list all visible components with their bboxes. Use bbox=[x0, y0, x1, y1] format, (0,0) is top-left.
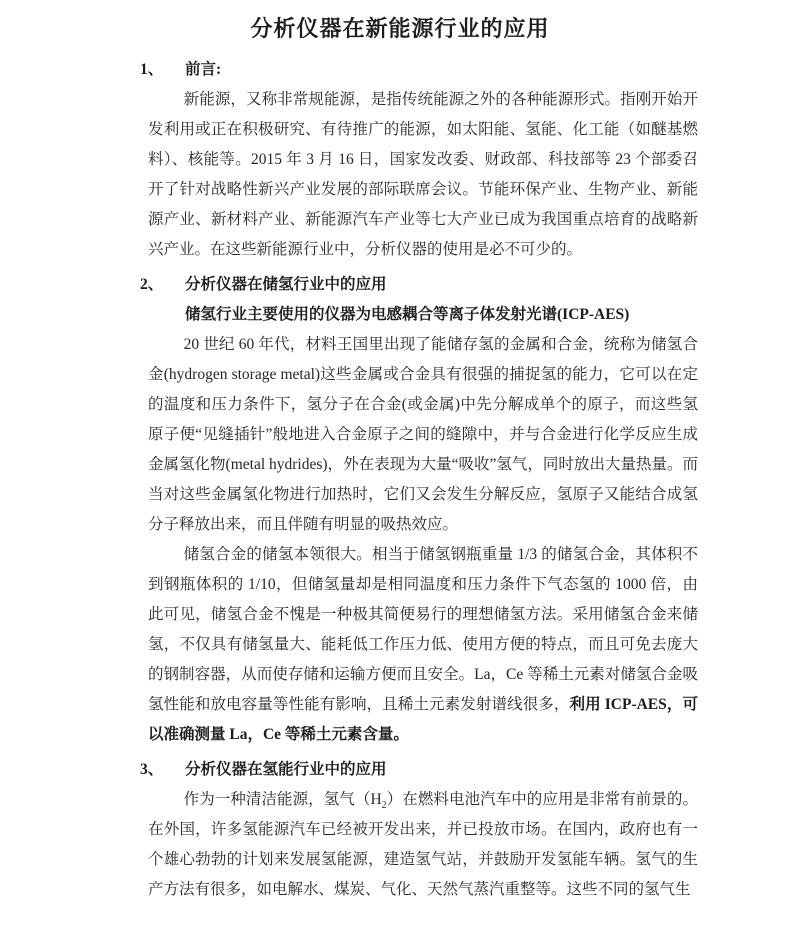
section-hydrogen-storage-number: 2、 bbox=[140, 270, 185, 300]
document-content: 1、前言: 新能源，又称非常规能源，是指传统能源之外的各种能源形式。指刚开始开发… bbox=[148, 55, 698, 905]
hydrogen-storage-paragraph-2: 储氢合金的储氢本领很大。相当于储氢钢瓶重量 1/3 的储氢合金，其体积不到钢瓶体… bbox=[148, 540, 698, 750]
section-hydrogen-storage-heading: 2、分析仪器在储氢行业中的应用 bbox=[148, 270, 698, 300]
section-hydrogen-energy-heading: 3、分析仪器在氢能行业中的应用 bbox=[148, 755, 698, 785]
section-hydrogen-energy: 3、分析仪器在氢能行业中的应用 作为一种清洁能源，氢气（H2）在燃料电池汽车中的… bbox=[148, 755, 698, 905]
hydrogen-energy-paragraph-text-before-subscript: 作为一种清洁能源，氢气（H bbox=[184, 791, 382, 808]
hydrogen-storage-paragraph-2-text: 储氢合金的储氢本领很大。相当于储氢钢瓶重量 1/3 的储氢合金，其体积不到钢瓶体… bbox=[148, 546, 698, 713]
foreword-paragraph: 新能源，又称非常规能源，是指传统能源之外的各种能源形式。指刚开始开发利用或正在积… bbox=[148, 85, 698, 265]
section-foreword-heading: 1、前言: bbox=[148, 55, 698, 85]
document-page: 分析仪器在新能源行业的应用 1、前言: 新能源，又称非常规能源，是指传统能源之外… bbox=[0, 0, 800, 934]
hydrogen-storage-paragraph-1: 20 世纪 60 年代，材料王国里出现了能储存氢的金属和合金，统称为储氢合金(h… bbox=[148, 330, 698, 540]
section-hydrogen-energy-number: 3、 bbox=[140, 755, 185, 785]
document-title: 分析仪器在新能源行业的应用 bbox=[0, 0, 800, 45]
section-foreword-heading-text: 前言: bbox=[185, 61, 221, 78]
section-foreword-number: 1、 bbox=[140, 55, 185, 85]
section-foreword: 1、前言: 新能源，又称非常规能源，是指传统能源之外的各种能源形式。指刚开始开发… bbox=[148, 55, 698, 265]
section-hydrogen-energy-heading-text: 分析仪器在氢能行业中的应用 bbox=[185, 761, 387, 778]
icp-aes-subheading: 储氢行业主要使用的仪器为电感耦合等离子体发射光谱(ICP-AES) bbox=[185, 300, 698, 330]
hydrogen-energy-paragraph: 作为一种清洁能源，氢气（H2）在燃料电池汽车中的应用是非常有前景的。在外国，许多… bbox=[148, 785, 698, 905]
section-hydrogen-storage-heading-text: 分析仪器在储氢行业中的应用 bbox=[185, 276, 387, 293]
foreword-paragraph-text: 新能源，又称非常规能源，是指传统能源之外的各种能源形式。指刚开始开发利用或正在积… bbox=[148, 91, 698, 258]
section-hydrogen-storage: 2、分析仪器在储氢行业中的应用 储氢行业主要使用的仪器为电感耦合等离子体发射光谱… bbox=[148, 270, 698, 750]
hydrogen-storage-paragraph-1-text: 20 世纪 60 年代，材料王国里出现了能储存氢的金属和合金，统称为储氢合金(h… bbox=[148, 336, 698, 533]
